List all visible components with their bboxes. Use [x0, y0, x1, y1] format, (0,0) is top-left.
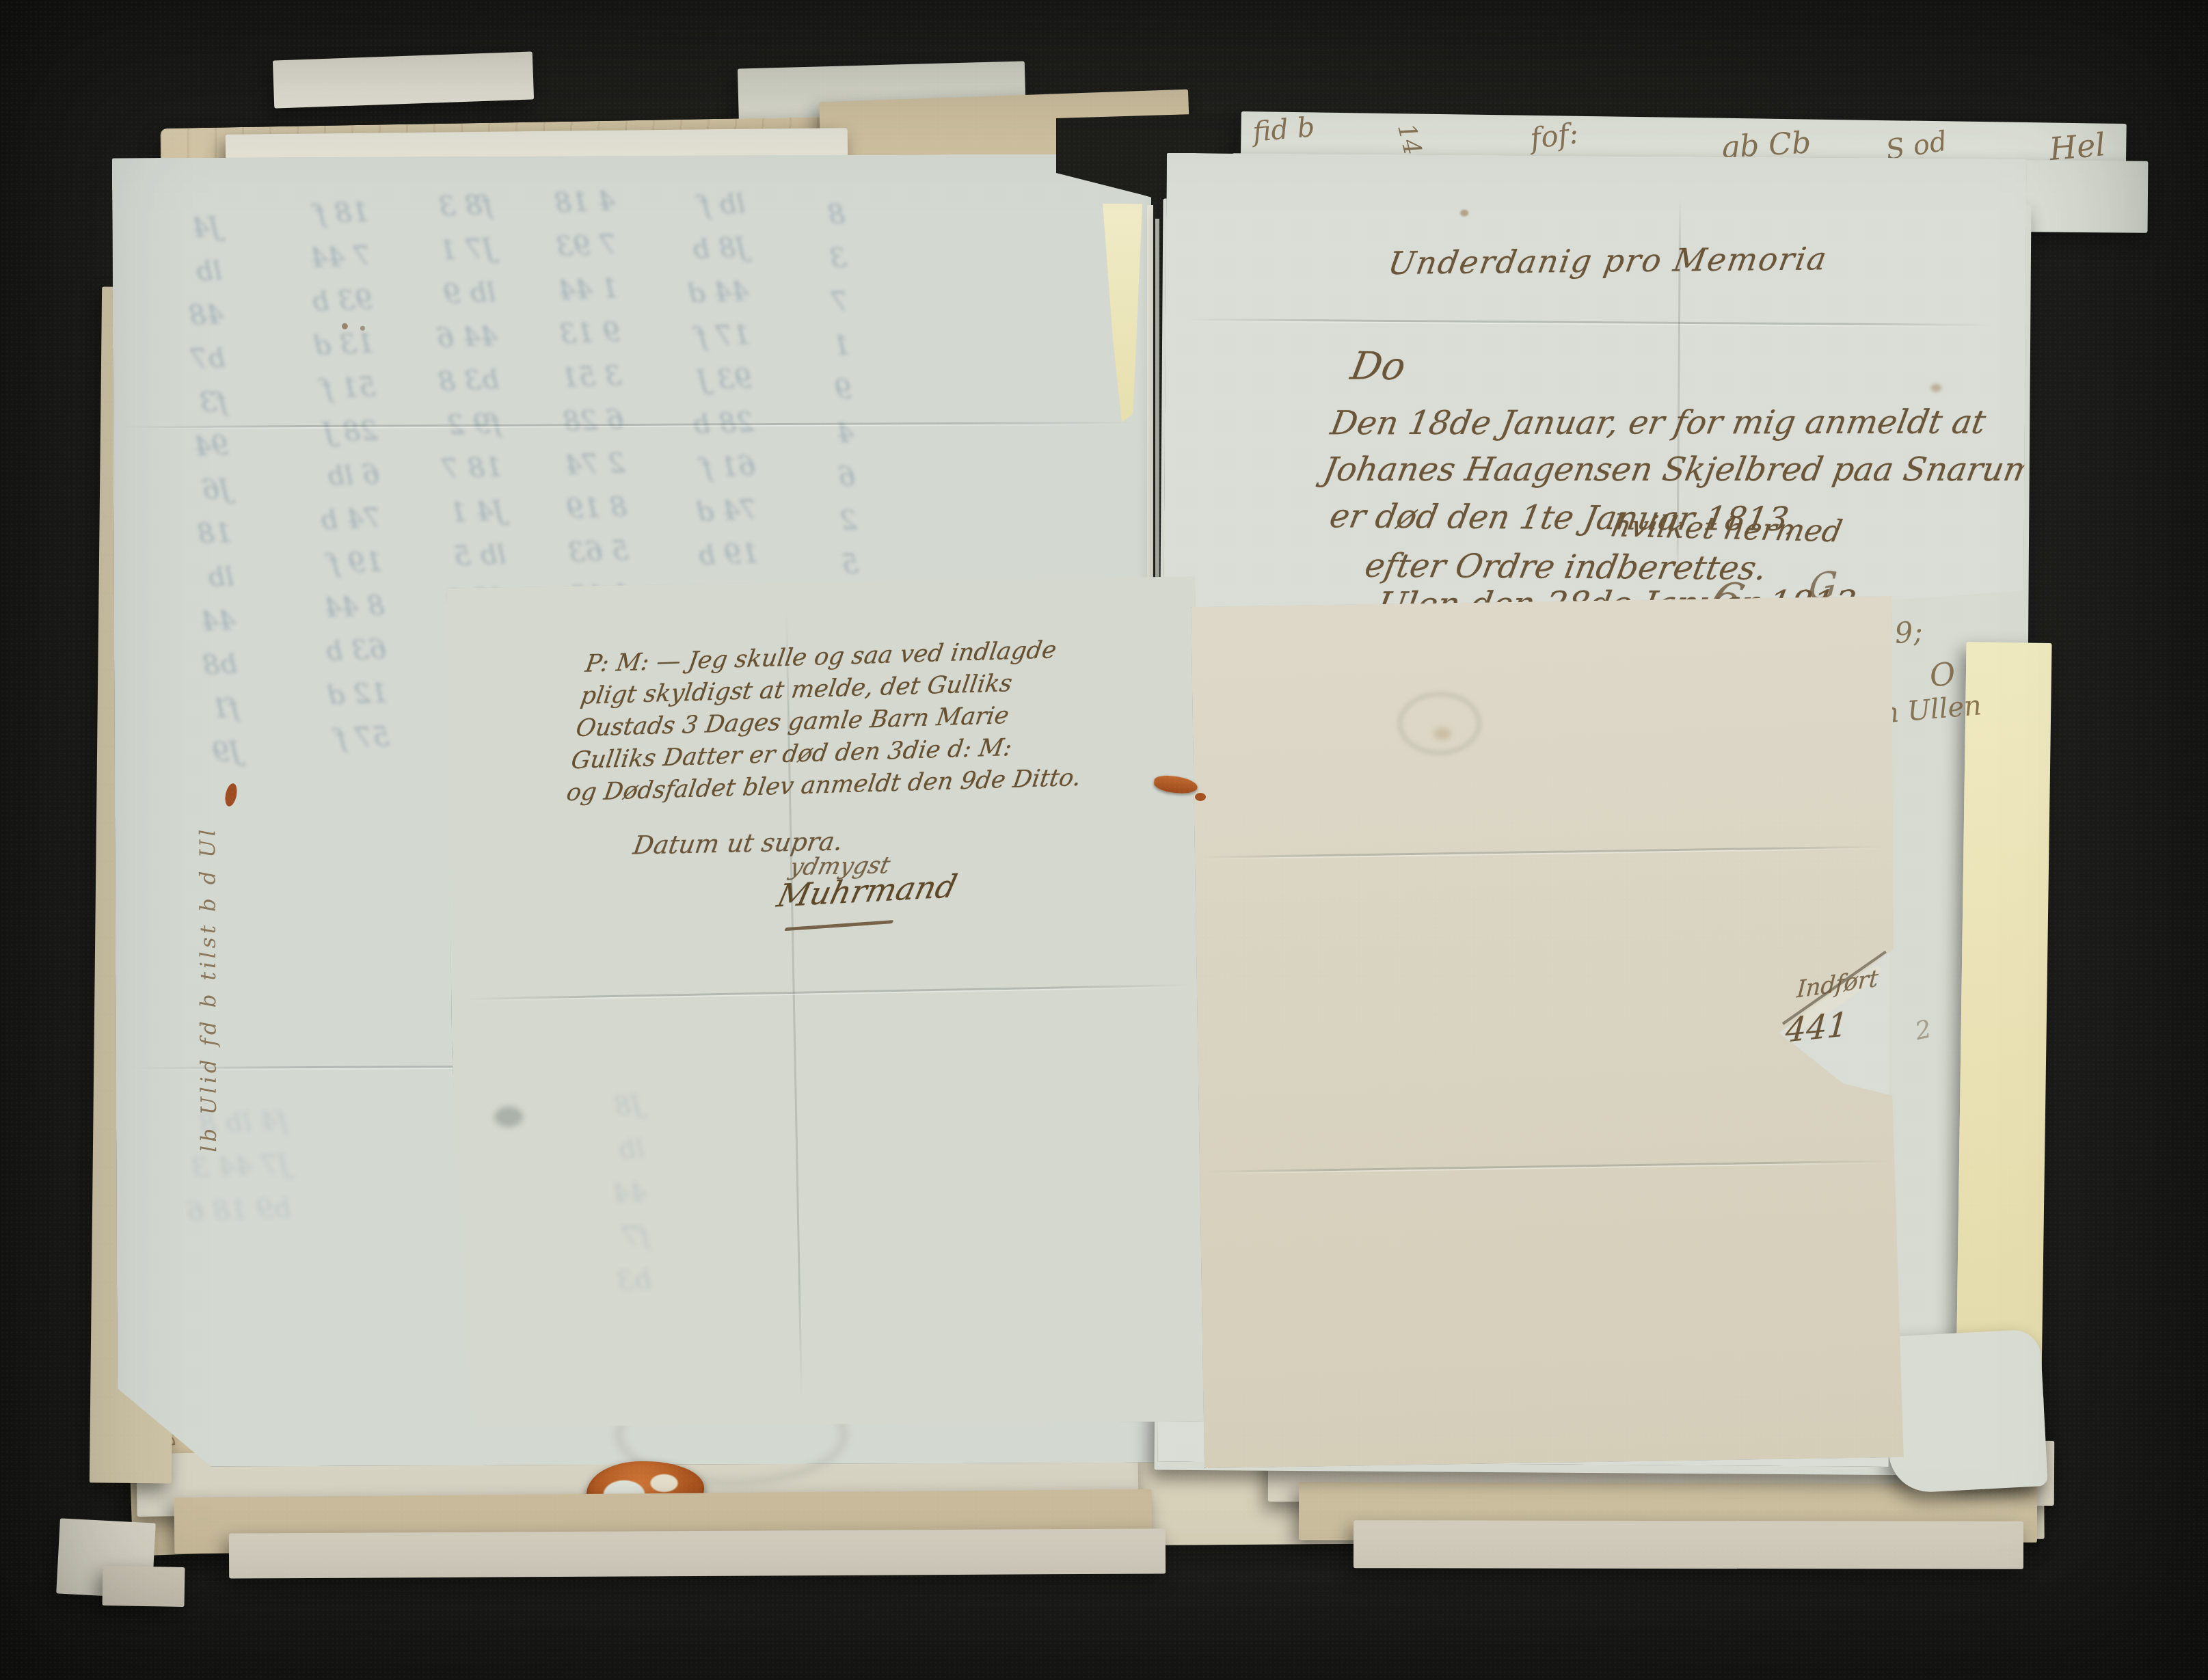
right-torn-grey-corner: [1883, 1329, 2048, 1494]
pm-note-text-block: P: M: — Jeg skulle og saa ved indlagde p…: [564, 633, 1102, 809]
memoria-crease: [1186, 319, 1993, 326]
memoria-line-2: Johanes Haagensen Skjelbred paa Snarum,: [1321, 450, 2049, 489]
archive-photo-stage: Cas J4 lb 48 b7 f3 94 J6 18 lb 44 b8 f1 …: [0, 0, 2208, 1680]
bleedthrough-column-1: J4 lb 48 b7 f3 94 J6 18 lb 44 b8 f1 J9: [185, 205, 242, 774]
under-fragment-1: 9;: [1894, 614, 1924, 650]
wax-fragment-center-dot: [1195, 793, 1206, 801]
top-fragment-2: 14: [1392, 121, 1427, 158]
memoria-stain-2: [1930, 383, 1941, 392]
top-fragment-3: fof:: [1529, 116, 1580, 155]
right-bottom-strip-3: [1354, 1520, 2023, 1569]
top-fragment-1: fid b: [1252, 111, 1316, 148]
memoria-heading: Underdanig pro Memoria: [1386, 240, 1831, 282]
memoria-salutation: Do: [1347, 344, 1410, 389]
left-bottom-strip-3: [229, 1528, 1166, 1578]
memoria-stain-1: [1460, 210, 1468, 217]
memoria-line-1: Den 18de Januar, er for mig anmeldt at: [1328, 403, 1989, 443]
under-fragment-2: O: [1928, 655, 1957, 694]
left-margin-vertical-text: lb Ulid fd b tilst b d Ul: [196, 831, 221, 1152]
ink-speck-b: [360, 326, 365, 331]
pm-crease-horizontal: [465, 984, 1189, 1000]
pm-smudge: [494, 1107, 524, 1128]
warm-sheet-crease-1: [1202, 845, 1885, 858]
pm-bleedthrough: J8 lb 44 f7 b3: [606, 1083, 653, 1303]
pm-note-sheet: P: M: — Jeg skulle og saa ved indlagde p…: [443, 574, 1211, 1436]
ink-speck-a: [342, 323, 348, 329]
memoria-line-3-continuation: hvilket hermed: [1608, 509, 1845, 549]
pm-signature-flourish: [784, 920, 893, 931]
bleedthrough-column-2: 18 f 7 44 93 b 13 d 51 f 28 J 6 lb 74 b …: [308, 190, 391, 761]
warm-sheet-crease-2: [1207, 1160, 1890, 1173]
memoria-line-4: efter Ordre indberettes.: [1362, 547, 1769, 588]
archival-number: 441: [1784, 1005, 1849, 1050]
warm-sheet-ring-stain: [1397, 691, 1481, 755]
left-bottom-corner-bit-2: [103, 1566, 185, 1607]
left-sheet-crease-upper: [120, 422, 1139, 429]
left-top-white-peak: [273, 51, 534, 108]
